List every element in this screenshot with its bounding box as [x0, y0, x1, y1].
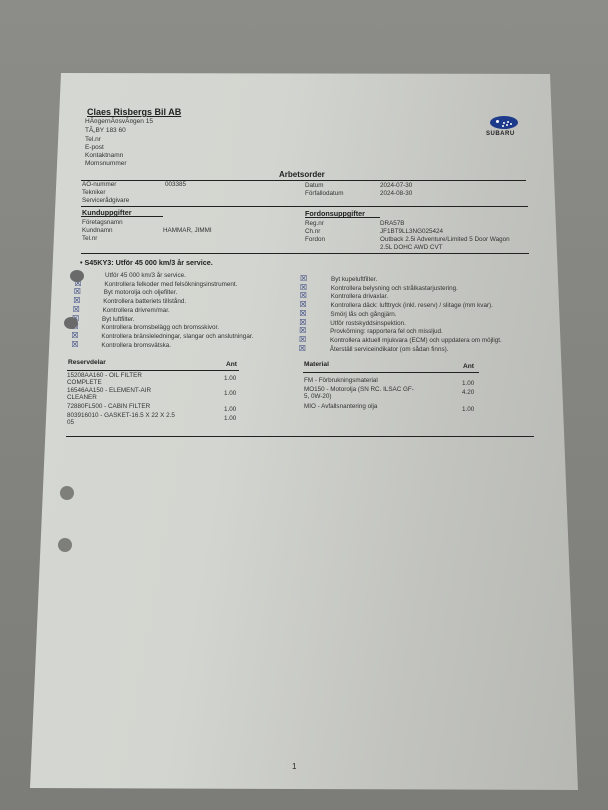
vehicle-model-value: Outback 2.5i Adventure/Limited 5 Door Wa…: [380, 236, 510, 243]
company-tel-label: Tel.nr: [85, 136, 101, 143]
punch-hole: [60, 486, 74, 500]
task-item: Kontrollera bränsleledningar, slangar oc…: [101, 333, 253, 340]
date-label: Datum: [305, 182, 324, 189]
divider: [66, 436, 534, 437]
company-name: Claes Risbergs Bil AB: [87, 107, 181, 117]
customer-tel-label: Tel.nr: [82, 235, 97, 242]
company-email-label: E-post: [85, 144, 104, 151]
vehicle-label: Fordon: [305, 236, 325, 243]
part-description: 803916010 - GASKET-16.5 X 22 X 2.5: [67, 412, 175, 420]
document-title: Arbetsorder: [279, 170, 325, 179]
checkbox-checked-icon: ☒: [299, 318, 306, 327]
task-item: Kontrollera drivaxlar.: [331, 293, 388, 300]
ao-number-value: 003385: [165, 181, 186, 188]
parts-qty-header: Ant: [226, 361, 237, 368]
reg-number-label: Reg.nr: [305, 220, 324, 227]
part-qty: 1.00: [224, 375, 236, 383]
part-description: 72880FL500 - CABIN FILTER: [67, 403, 150, 411]
date-value: 2024-07-30: [380, 182, 412, 189]
task-item: Kontrollera aktuell mjukvara (ECM) och u…: [330, 337, 502, 344]
task-item: Kontrollera belysning och strålkastarjus…: [331, 285, 458, 292]
checkbox-checked-icon: ☒: [299, 326, 306, 335]
divider: [81, 206, 528, 207]
company-vat-label: Momsnummer: [85, 160, 127, 167]
task-item: Kontrollera däck: lufttryck (inkl. reser…: [331, 302, 493, 309]
task-item: Utför 45 000 km/3 år service.: [105, 272, 186, 279]
part-qty: 1.00: [224, 406, 236, 414]
task-item: Byt luftfilter.: [102, 316, 135, 323]
technician-label: Tekniker: [82, 189, 105, 196]
part-description-cont: CLEANER: [67, 394, 97, 402]
checkbox-checked-icon: ☒: [71, 340, 78, 349]
checkbox-checked-icon: ☒: [73, 305, 80, 314]
due-date-value: 2024-08-30: [380, 190, 412, 197]
task-item: Återställ serviceindikator (om sådan fin…: [330, 346, 449, 353]
company-address-line: HÃ¤gernÃ¤svÃ¤gen 15: [85, 118, 153, 125]
customer-name-value: HAMMAR, JIMMI: [163, 227, 212, 234]
brand-name: SUBARU: [486, 131, 518, 137]
part-qty: 1.00: [224, 390, 236, 398]
punch-hole: [58, 538, 72, 552]
service-title: • S45KY3: Utför 45 000 km/3 år service.: [80, 258, 213, 267]
checkbox-checked-icon: ☒: [299, 344, 306, 353]
material-description: FM - Förbrukningsmaterial: [304, 377, 378, 385]
ao-number-label: AO-nummer: [82, 181, 116, 188]
task-item: Smörj lås och gångjärn.: [330, 311, 396, 318]
checkbox-checked-icon: ☒: [71, 331, 78, 340]
subaru-logo: SUBARU: [486, 116, 518, 137]
checkbox-checked-icon: ☒: [74, 287, 81, 296]
task-item: Byt kupeluftfilter.: [331, 276, 377, 283]
divider: [303, 372, 479, 373]
task-item: Kontrollera bromsvätska.: [101, 342, 171, 349]
checkbox-checked-icon: ☒: [300, 274, 307, 283]
checkbox-checked-icon: ☒: [300, 291, 307, 300]
company-contact-label: Kontaktnamn: [85, 152, 123, 159]
task-item: Kontrollera drivrem/mar.: [103, 307, 170, 314]
page-number: 1: [292, 762, 296, 771]
material-header: Material: [304, 361, 329, 368]
subaru-logo-icon: [490, 116, 518, 129]
material-qty: 1.00: [462, 380, 474, 388]
material-description: MIO - Avfallsnantering olja: [304, 403, 377, 411]
company-name-label: Företagsnamn: [82, 219, 123, 226]
service-advisor-label: Servicerådgivare: [82, 197, 129, 204]
company-address-line: TÃ„BY 183 60: [85, 127, 126, 134]
material-qty: 1.00: [462, 406, 474, 414]
checkbox-checked-icon: ☒: [299, 309, 306, 318]
material-qty-header: Ant: [463, 363, 474, 370]
part-qty: 1.00: [224, 415, 236, 423]
parts-header: Reservdelar: [68, 359, 106, 366]
heading-underline: [305, 217, 380, 218]
customer-name-label: Kundnamn: [82, 227, 112, 234]
task-item: Kontrollera batteriets tillstånd.: [103, 298, 186, 305]
material-qty: 4.20: [462, 389, 474, 397]
task-item: Kontrollera bromsbelägg och bromsskivor.: [101, 324, 219, 331]
task-item: Byt motorolja och oljefilter.: [104, 289, 178, 296]
checkbox-checked-icon: ☒: [300, 300, 307, 309]
chassis-value: JF1BT9LL3NG025424: [380, 228, 443, 235]
material-description-cont: 5, 0W-20): [304, 393, 332, 401]
vehicle-engine-value: 2.5L DOHC AWD CVT: [380, 244, 443, 251]
ink-mark: [64, 317, 78, 329]
reg-number-value: DRA57B: [380, 220, 405, 227]
divider: [81, 253, 529, 254]
checkbox-checked-icon: ☒: [299, 335, 306, 344]
ink-mark: [70, 270, 84, 282]
checkbox-checked-icon: ☒: [73, 296, 80, 305]
heading-underline: [81, 216, 163, 217]
due-date-label: Förfallodatum: [305, 190, 344, 197]
checkbox-checked-icon: ☒: [300, 283, 307, 292]
part-description-cont: 05: [67, 419, 74, 427]
task-item: Utför rostskyddsinspektion.: [330, 320, 406, 327]
divider: [81, 180, 526, 181]
task-item: Kontrollera felkoder med felsökningsinst…: [104, 281, 237, 288]
task-item: Provkörning: rapportera fel och missljud…: [330, 328, 443, 335]
part-description-cont: COMPLETE: [67, 379, 102, 387]
chassis-label: Ch.nr: [305, 228, 320, 235]
